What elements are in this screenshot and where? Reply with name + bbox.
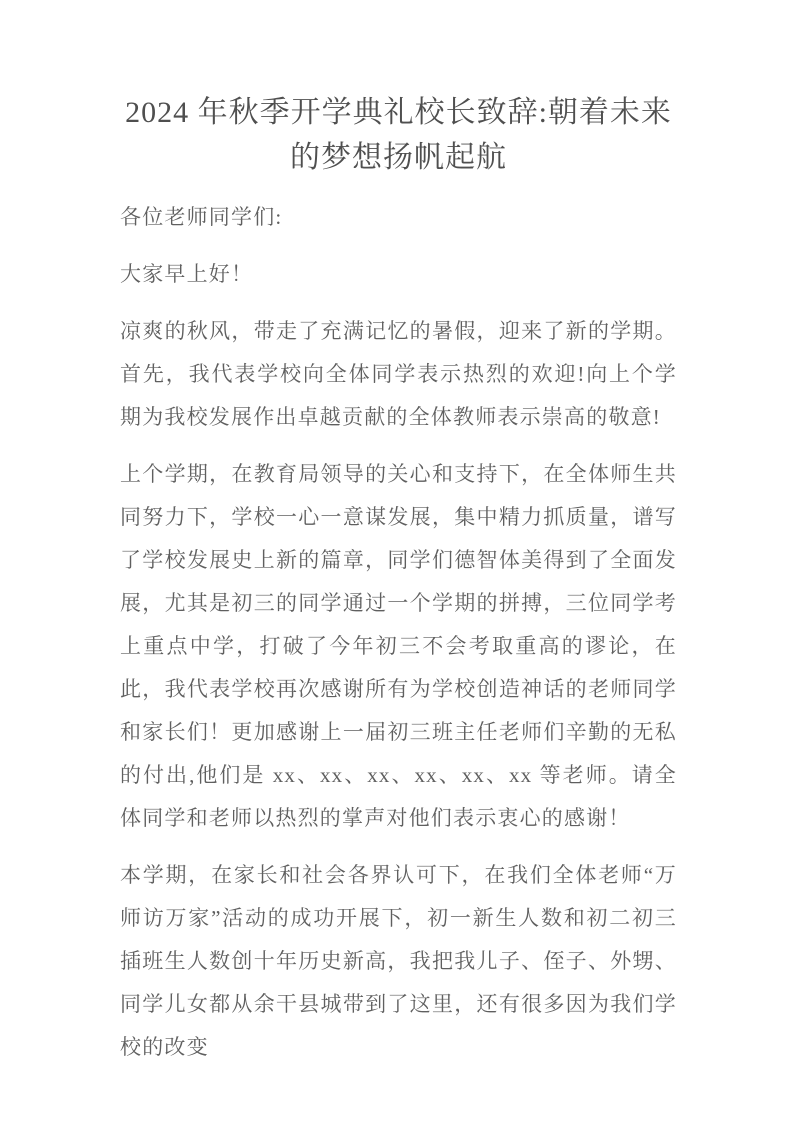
paragraph-this-semester-enrollment: 本学期，在家长和社会各界认可下，在我们全体老师“万师访万家”活动的成功开展下，初… bbox=[120, 854, 677, 1069]
paragraph-last-semester-review: 上个学期，在教育局领导的关心和支持下，在全体师生共同努力下，学校一心一意谋发展，… bbox=[120, 453, 677, 840]
paragraph-greeting: 大家早上好！ bbox=[120, 253, 677, 296]
document-title: 2024 年秋季开学典礼校长致辞:朝着未来的梦想扬帆起航 bbox=[120, 90, 677, 180]
document-content: 2024 年秋季开学典礼校长致辞:朝着未来的梦想扬帆起航 各位老师同学们: 大家… bbox=[0, 0, 793, 1069]
paragraph-salutation: 各位老师同学们: bbox=[120, 196, 677, 239]
document-page: 2024 年秋季开学典礼校长致辞:朝着未来的梦想扬帆起航 各位老师同学们: 大家… bbox=[0, 0, 793, 1122]
paragraph-welcome: 凉爽的秋风，带走了充满记忆的暑假，迎来了新的学期。首先，我代表学校向全体同学表示… bbox=[120, 310, 677, 439]
